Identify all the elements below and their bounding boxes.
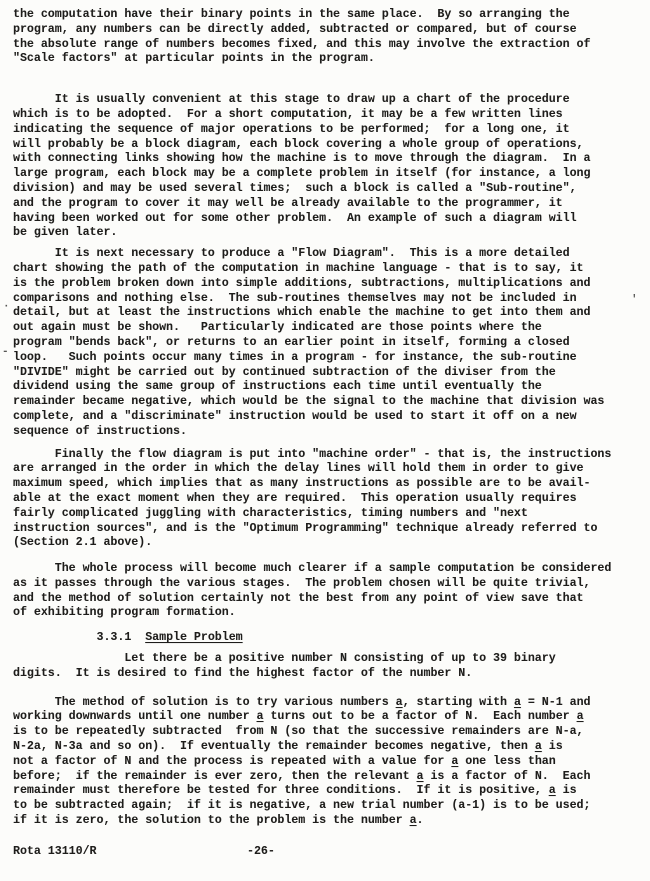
- paragraph-flow-diagram: It is next necessary to produce a "Flow …: [13, 247, 650, 439]
- paragraph-procedure-chart: It is usually convenient at this stage t…: [13, 93, 650, 241]
- paragraph-binary-points: the computation have their binary points…: [13, 8, 650, 67]
- document-body: the computation have their binary points…: [13, 8, 650, 829]
- page-footer: Rota 13110/R -26-: [13, 845, 650, 860]
- paragraph-sample-computation: The whole process will become much clear…: [13, 562, 650, 621]
- scan-speck-dot: ·: [3, 300, 10, 315]
- document-reference: Rota 13110/R: [13, 845, 97, 858]
- scan-speck-quote: ': [631, 293, 638, 308]
- page-number: -26-: [247, 845, 275, 860]
- scanned-document-page: the computation have their binary points…: [0, 0, 650, 881]
- paragraph-method-of-solution: The method of solution is to try various…: [13, 696, 650, 829]
- scan-speck-dash: -: [2, 345, 9, 360]
- section-heading-3-3-1: 3.3.1 Sample Problem: [13, 631, 650, 646]
- paragraph-machine-order: Finally the flow diagram is put into "ma…: [13, 448, 650, 552]
- paragraph-problem-statement: Let there be a positive number N consist…: [13, 652, 650, 682]
